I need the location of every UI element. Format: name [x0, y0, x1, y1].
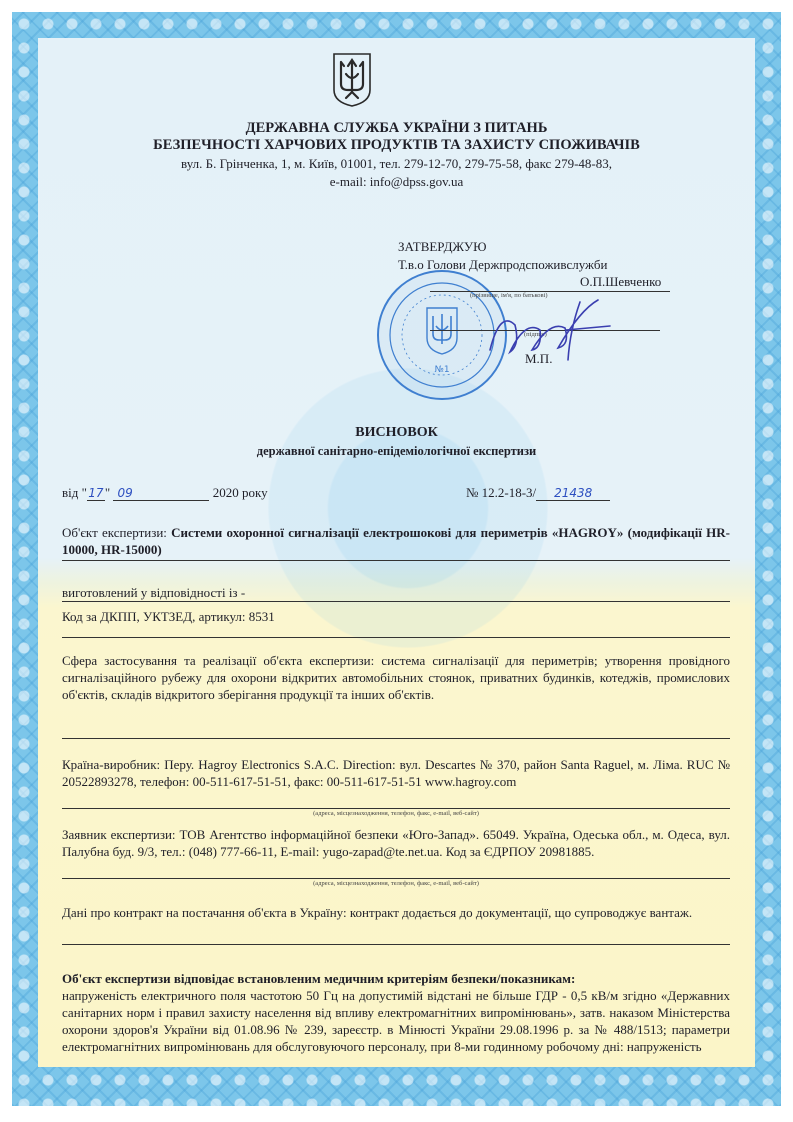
divider	[62, 637, 730, 638]
divider	[62, 601, 730, 602]
manufactured-per: виготовлений у відповідності із -	[62, 584, 730, 601]
org-name-line1: ДЕРЖАВНА СЛУЖБА УКРАЇНИ З ПИТАНЬ	[0, 120, 793, 137]
guilloche-rosette	[268, 368, 548, 648]
handwritten-signature-icon	[470, 290, 620, 370]
divider	[62, 738, 730, 739]
date-month: 09	[113, 486, 209, 501]
object-of-expertise: Об'єкт експертизи: Системи охоронної сиг…	[62, 524, 730, 558]
country-caption: (адреса, місцезнаходження, телефон, факс…	[62, 810, 730, 817]
date-day: 17	[87, 486, 105, 501]
svg-text:№1: №1	[434, 365, 449, 375]
conformity-section: Об'єкт експертизи відповідає встановлени…	[62, 970, 730, 1055]
divider	[62, 878, 730, 879]
approval-label: ЗАТВЕРДЖУЮ	[398, 239, 486, 255]
date-quote: "	[105, 485, 110, 500]
scope-of-application: Сфера застосування та реалізації об'єкта…	[62, 652, 730, 703]
document-date: від "17" 09 2020 року	[62, 485, 268, 501]
approver-position: Т.в.о Голови Держпродспоживслужби	[398, 257, 607, 273]
country-of-origin: Країна-виробник: Перу. Hagroy Electronic…	[62, 756, 730, 790]
org-name-line2: БЕЗПЕЧНОСТІ ХАРЧОВИХ ПРОДУКТІВ ТА ЗАХИСТ…	[0, 137, 793, 154]
document-title: ВИСНОВОК	[0, 425, 793, 441]
divider	[62, 560, 730, 561]
conformity-heading: Об'єкт експертизи відповідає встановлени…	[62, 971, 575, 986]
date-year: 2020 року	[213, 485, 268, 500]
approver-name: О.П.Шевченко	[580, 274, 661, 290]
conformity-text: напруженість електричного поля частотою …	[62, 988, 730, 1054]
divider	[62, 944, 730, 945]
applicant: Заявник експертизи: ТОВ Агентство інформ…	[62, 826, 730, 860]
number-prefix: № 12.2-18-3/	[466, 485, 536, 500]
date-prefix: від "	[62, 485, 87, 500]
product-code: Код за ДКПП, УКТЗЕД, артикул: 8531	[62, 608, 730, 625]
trident-coat-of-arms-icon	[332, 52, 372, 108]
applicant-caption: (адреса, місцезнаходження, телефон, факс…	[62, 880, 730, 887]
contract-info: Дані про контракт на постачання об'єкта …	[62, 904, 730, 921]
document-number: № 12.2-18-3/21438	[466, 485, 610, 501]
divider	[62, 808, 730, 809]
number-handwritten: 21438	[536, 486, 610, 501]
object-label: Об'єкт експертизи:	[62, 525, 171, 540]
org-email: e-mail: info@dpss.gov.ua	[0, 173, 793, 190]
document-subtitle: державної санітарно-епідеміологічної екс…	[0, 444, 793, 459]
org-address: вул. Б. Грінченка, 1, м. Київ, 01001, те…	[0, 155, 793, 172]
